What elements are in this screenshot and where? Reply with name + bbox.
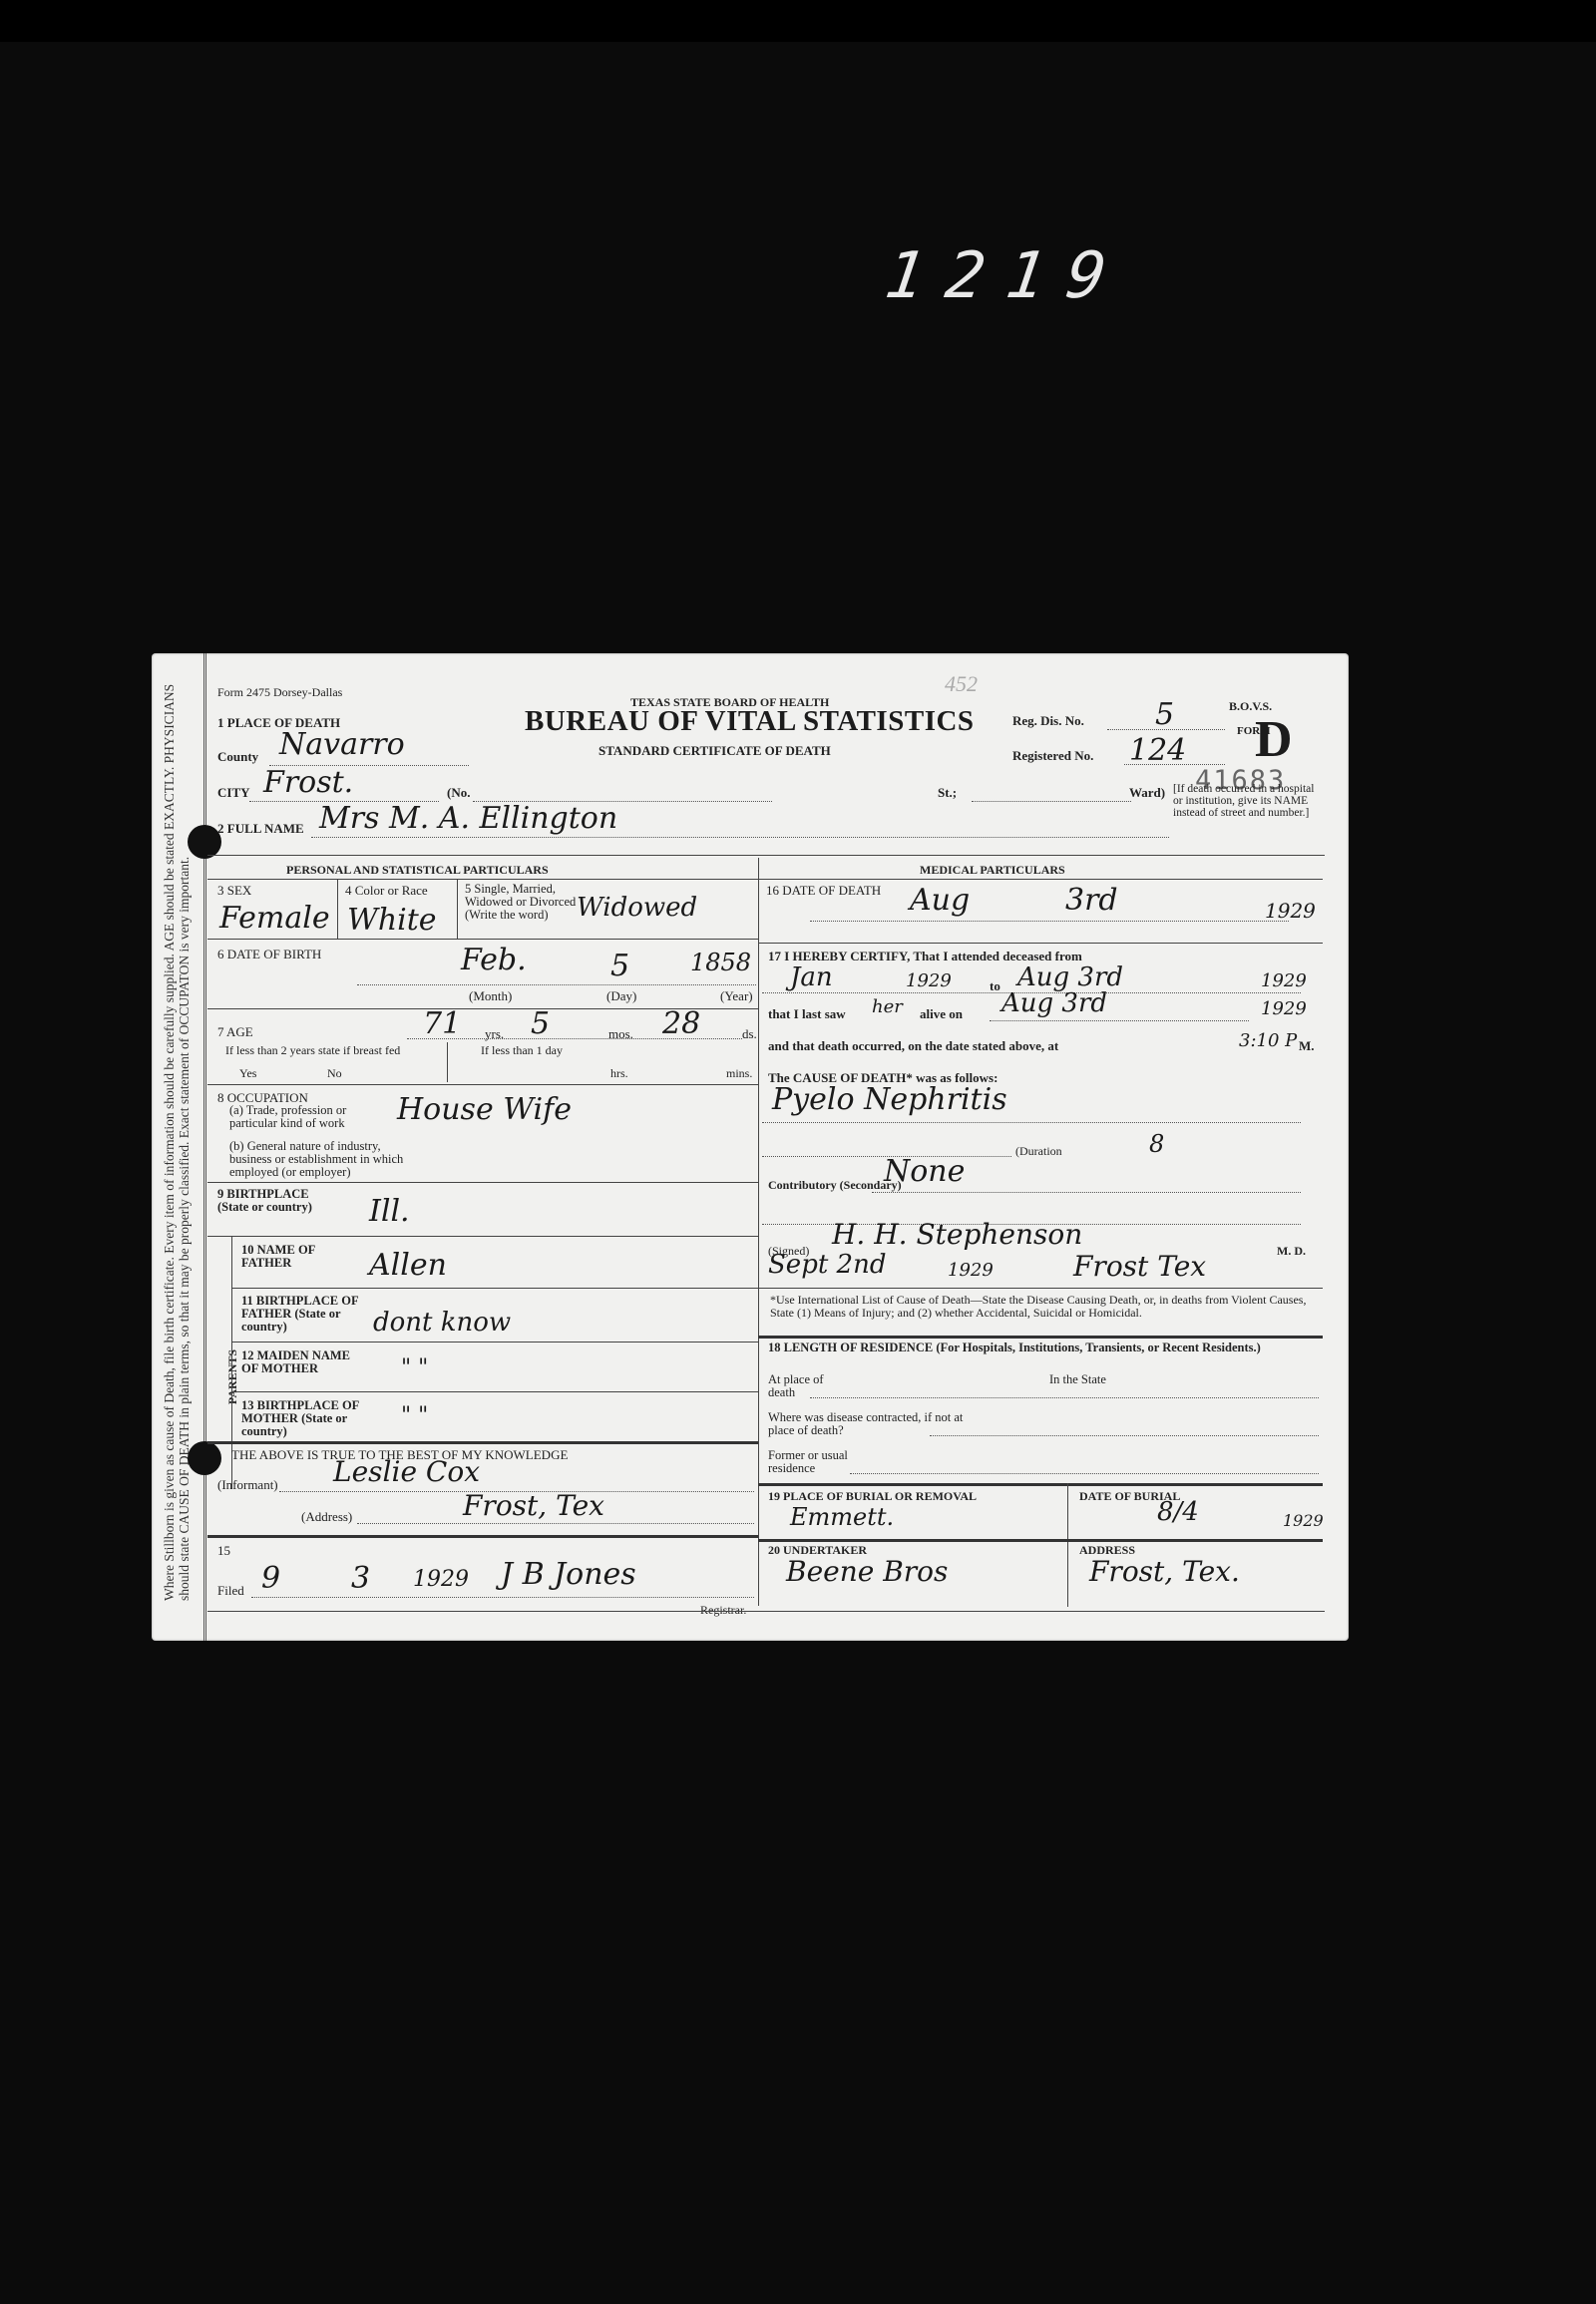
marital-label: 5 Single, Married, Widowed or Divorced (… [465, 883, 583, 922]
registrar-signature: J B Jones [501, 1557, 636, 1592]
informant-label: (Informant) [217, 1477, 278, 1493]
sex-value: Female [219, 901, 330, 936]
burial-place-value: Emmett. [790, 1503, 894, 1531]
personal-header: PERSONAL AND STATISTICAL PARTICULARS [286, 863, 549, 878]
street-no-label: (No. [447, 785, 470, 801]
pencil-note: 452 [945, 671, 978, 697]
parents-label: PARENTS [225, 1349, 240, 1404]
last-saw-year: 1929 [1261, 998, 1307, 1019]
dob-label: 6 DATE OF BIRTH [217, 947, 321, 962]
mother-birthplace-value: " " [401, 1403, 428, 1428]
informant-value: Leslie Cox [333, 1455, 480, 1488]
mother-birthplace-label: 13 BIRTHPLACE OF MOTHER (State or countr… [241, 1399, 361, 1438]
birthplace-label: 9 BIRTHPLACE (State or country) [217, 1188, 337, 1214]
death-time: 3:10 P [1239, 1030, 1297, 1051]
age-label: 7 AGE [217, 1024, 253, 1040]
death-certificate: Where Stillborn is given as cause of Dea… [152, 653, 1349, 1641]
father-birthplace-label: 11 BIRTHPLACE OF FATHER (State or countr… [241, 1295, 361, 1334]
race-value: White [347, 903, 437, 938]
informant-address: Frost, Tex [463, 1489, 604, 1522]
filed-day: 3 [351, 1561, 370, 1596]
age-years: 71 [423, 1006, 461, 1041]
pronoun: her [872, 996, 903, 1017]
burial-year: 1929 [1283, 1511, 1324, 1530]
dob-month: Feb. [461, 943, 527, 977]
age-days: 28 [662, 1006, 700, 1041]
dob-year-caption: (Year) [720, 988, 753, 1004]
dod-month: Aug [910, 883, 970, 918]
age-months: 5 [531, 1006, 550, 1041]
contributory-value: None [884, 1154, 965, 1189]
punch-hole [188, 1441, 221, 1475]
medical-header: MEDICAL PARTICULARS [920, 863, 1065, 878]
county-value: Navarro [279, 727, 405, 762]
last-saw-date: Aug 3rd [1001, 988, 1107, 1018]
physician-address: Frost Tex [1073, 1250, 1206, 1283]
dob-day-caption: (Day) [606, 988, 636, 1004]
left-margin: Where Stillborn is given as cause of Dea… [152, 653, 206, 1641]
dod-label: 16 DATE OF DEATH [766, 883, 881, 899]
race-label: 4 Color or Race [345, 883, 428, 899]
father-label: 10 NAME OF FATHER [241, 1244, 341, 1270]
burial-place-label: 19 PLACE OF BURIAL OR REMOVAL [768, 1489, 977, 1504]
contributory-label: Contributory (Secondary) [768, 1178, 902, 1193]
filed-month: 9 [261, 1561, 280, 1596]
punch-hole [188, 825, 221, 859]
address-label: (Address) [301, 1509, 352, 1525]
birthplace-value: Ill. [369, 1194, 410, 1229]
city-value: Frost. [263, 765, 353, 800]
residence-label: 18 LENGTH OF RESIDENCE (For Hospitals, I… [768, 1342, 1317, 1354]
filed-label: Filed [217, 1583, 244, 1599]
cause-footnote: *Use International List of Cause of Deat… [770, 1294, 1317, 1320]
dod-day: 3rd [1065, 883, 1118, 918]
registered-value: 124 [1129, 733, 1186, 768]
full-name-value: Mrs M. A. Ellington [319, 801, 617, 836]
attended-from: Jan [790, 962, 833, 992]
film-top-border [0, 0, 1596, 42]
street-label: St.; [938, 785, 957, 801]
father-birthplace-value: dont know [373, 1308, 511, 1338]
marital-value: Widowed [577, 893, 697, 923]
certificate-subtitle: STANDARD CERTIFICATE OF DEATH [598, 743, 831, 759]
dod-year: 1929 [1265, 899, 1316, 923]
mother-value: " " [401, 1355, 428, 1380]
less-day-label: If less than 1 day [481, 1043, 563, 1058]
attended-to-year: 1929 [1261, 970, 1307, 991]
burial-date-value: 8/4 [1157, 1497, 1199, 1527]
dob-year: 1858 [690, 949, 751, 976]
signed-year: 1929 [948, 1260, 994, 1281]
physician-signature: H. H. Stephenson [832, 1218, 1082, 1251]
breastfed-label: If less than 2 years state if breast fed [225, 1043, 400, 1058]
father-value: Allen [369, 1248, 447, 1283]
form-letter: D [1255, 710, 1293, 769]
ward-label: Ward) [1129, 785, 1165, 801]
city-label: CITY [217, 785, 250, 801]
mother-label: 12 MAIDEN NAME OF MOTHER [241, 1349, 351, 1375]
signed-date: Sept 2nd [768, 1250, 887, 1280]
undertaker-value: Beene Bros [786, 1555, 948, 1588]
attended-from-year: 1929 [906, 970, 952, 991]
registered-label: Registered No. [1012, 748, 1093, 764]
county-label: County [217, 749, 258, 765]
filed-year: 1929 [413, 1567, 469, 1592]
dob-day: 5 [610, 949, 629, 983]
frame-number: 1219 [881, 239, 1133, 313]
dob-month-caption: (Month) [469, 988, 512, 1004]
hospital-note: [If death occurred in a hospital or inst… [1173, 783, 1323, 819]
duration-months: 8 [1149, 1130, 1164, 1158]
form-id: Form 2475 Dorsey-Dallas [217, 685, 342, 700]
cause-of-death: Pyelo Nephritis [772, 1082, 1007, 1117]
reg-dis-label: Reg. Dis. No. [1012, 713, 1084, 729]
sex-label: 3 SEX [217, 883, 251, 899]
occupation-value: House Wife [397, 1092, 572, 1127]
undertaker-address: Frost, Tex. [1089, 1555, 1240, 1588]
form-vertical-label: FORM [1237, 725, 1247, 737]
bureau-title: BUREAU OF VITAL STATISTICS [525, 705, 975, 738]
reg-dis-value: 5 [1155, 697, 1174, 732]
full-name-label: 2 FULL NAME [217, 821, 304, 837]
